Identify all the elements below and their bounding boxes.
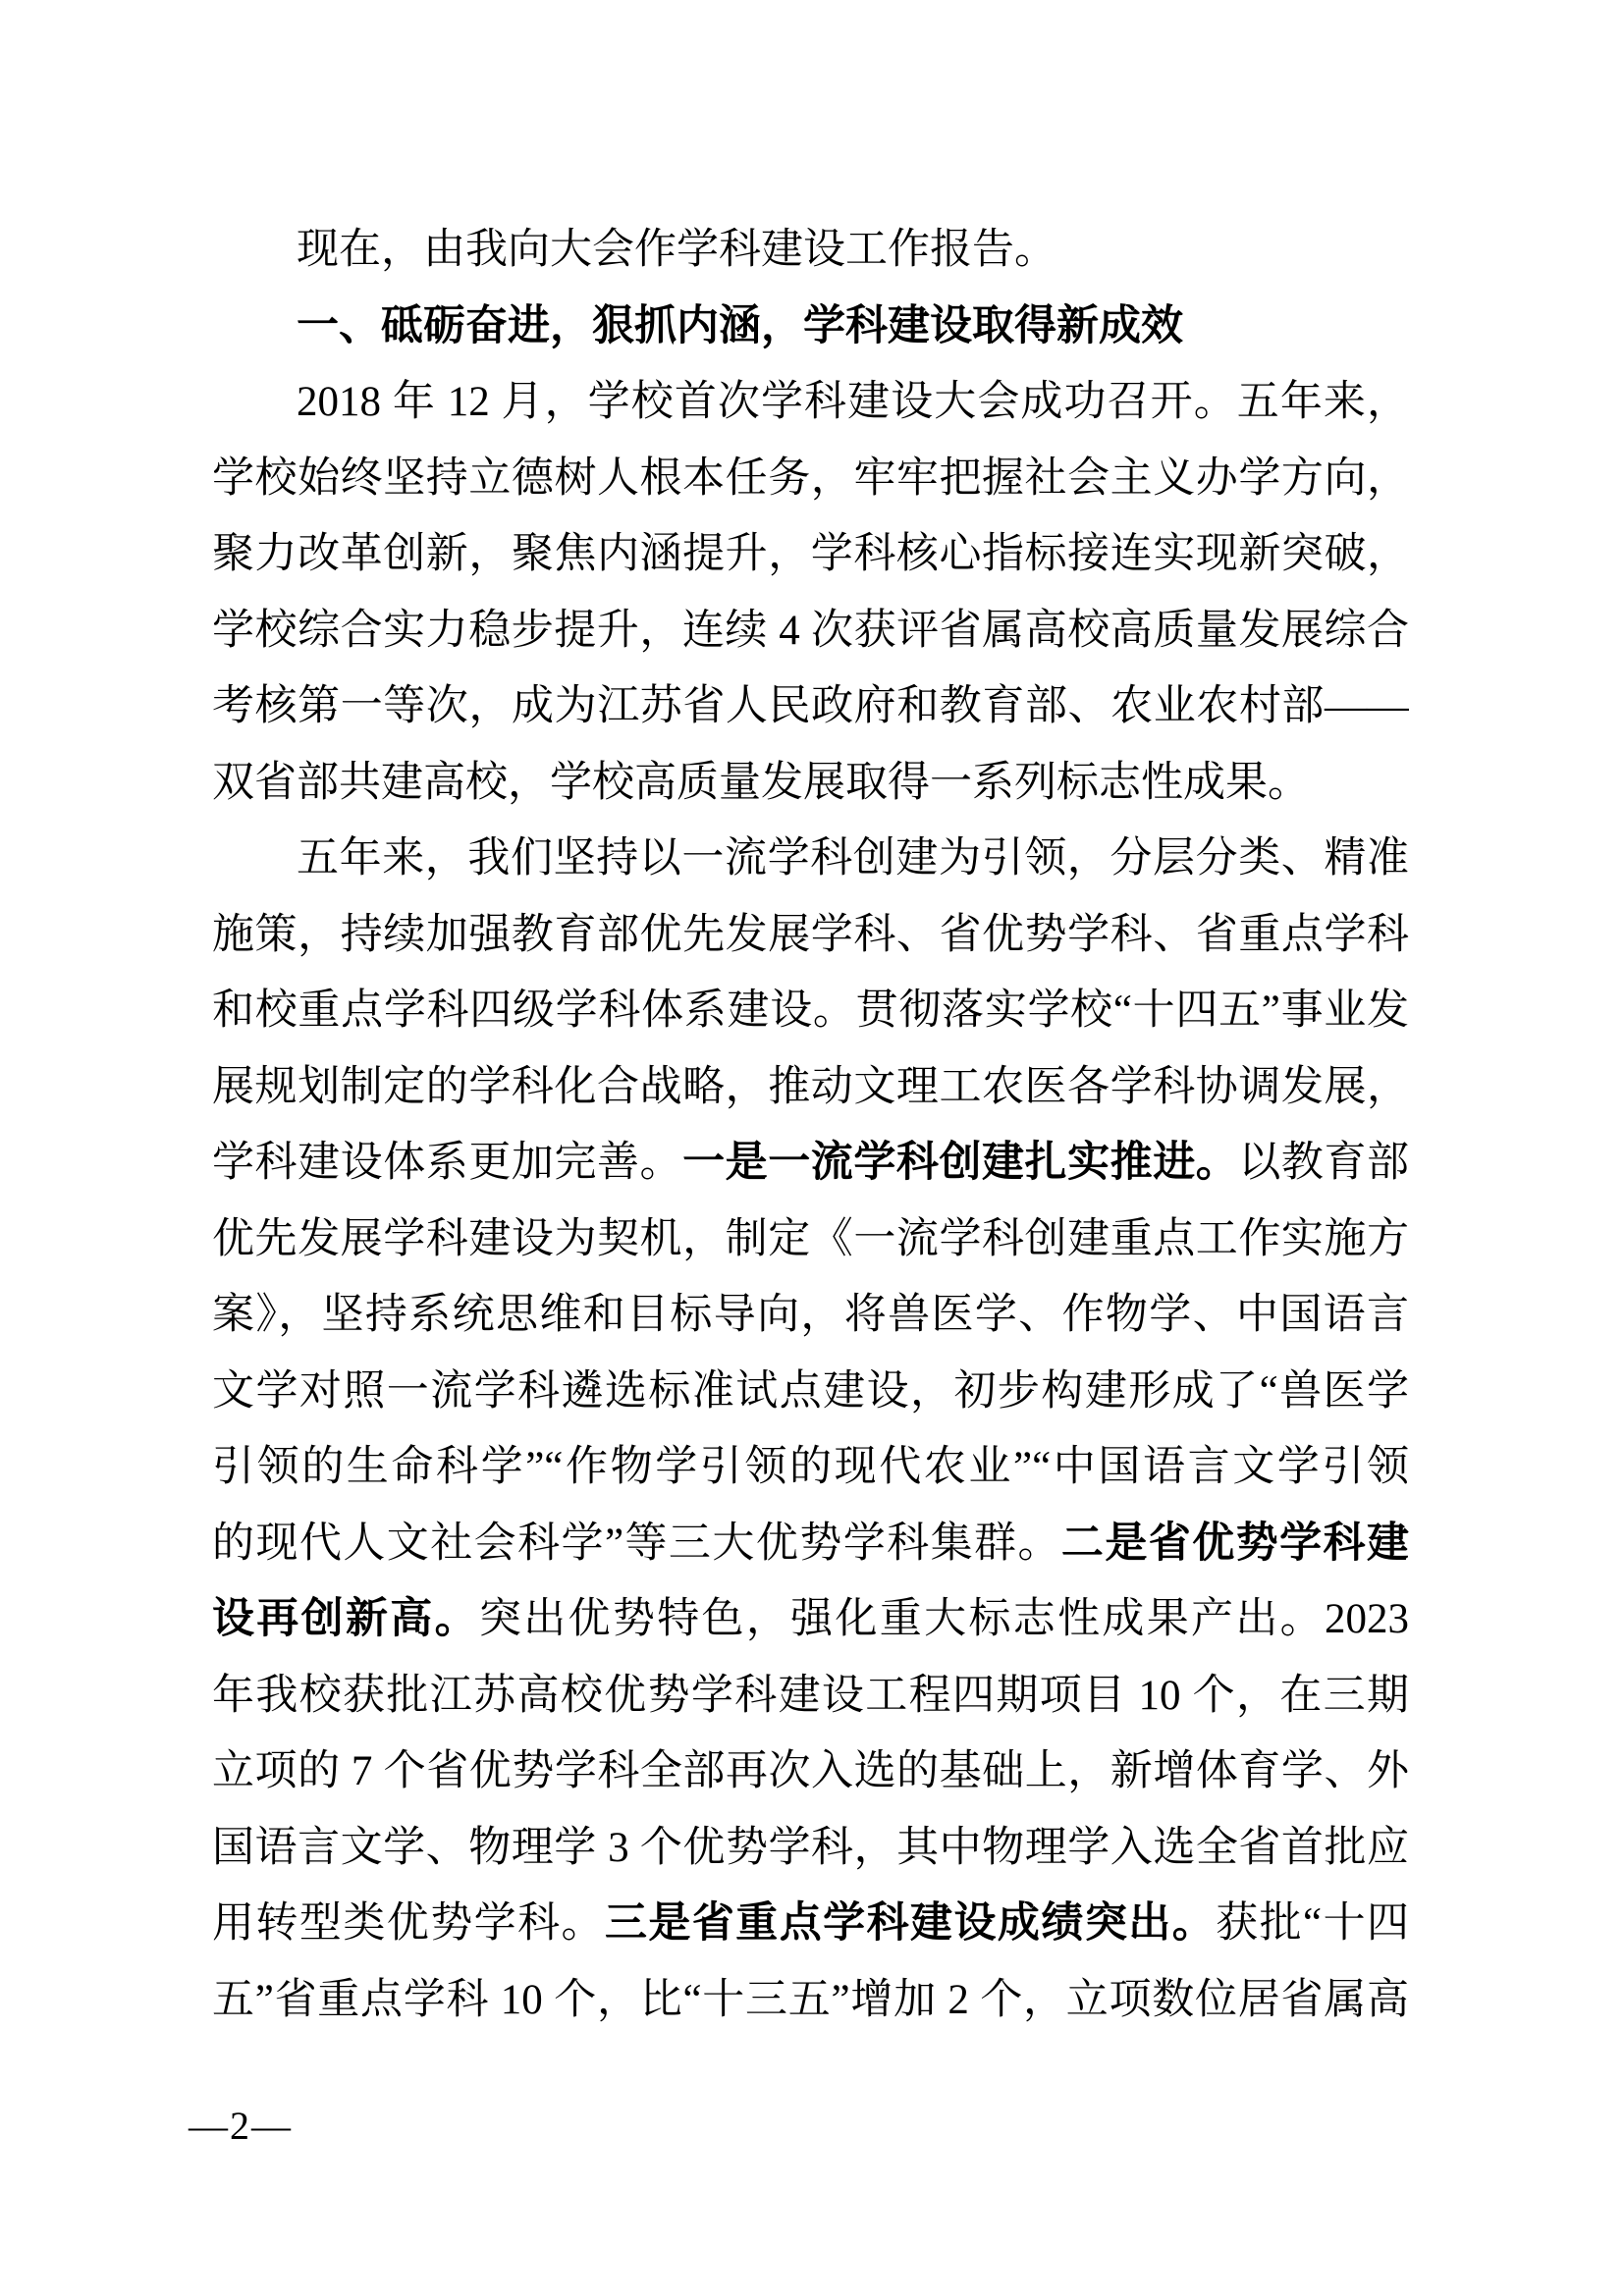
- body-text-run: 学科建设体系更加完善。: [212, 1140, 682, 1186]
- body-text-run: 五”省重点学科 10 个，比“十三五”增加 2 个，立项数位居省属高: [212, 1977, 1409, 2023]
- text-line: 和校重点学科四级学科体系建设。贯彻落实学校“十四五”事业发: [212, 973, 1409, 1049]
- body-text-run: 考核第一等次，成为江苏省人民政府和教育部、农业农村部——: [212, 683, 1409, 729]
- text-line: 引领的生命科学”“作物学引领的现代农业”“中国语言文学引领: [212, 1429, 1409, 1506]
- body-text-run: 聚力改革创新，聚焦内涵提升，学科核心指标接连实现新突破，: [212, 531, 1409, 577]
- text-line: 现在，由我向大会作学科建设工作报告。: [212, 212, 1409, 289]
- body-text-run: 2018 年 12 月，学校首次学科建设大会成功召开。五年来，: [297, 379, 1409, 425]
- body-text-run: 以教育部: [1238, 1140, 1409, 1186]
- body-text-run: 双省部共建高校，学校高质量发展取得一系列标志性成果。: [212, 760, 1310, 806]
- body-text-run: 优先发展学科建设为契机，制定《一流学科创建重点工作实施方: [212, 1216, 1409, 1262]
- body-text-run: 引领的生命科学”“作物学引领的现代农业”“中国语言文学引领: [212, 1444, 1409, 1490]
- page-number: —2—: [189, 2103, 293, 2150]
- document-page: 现在，由我向大会作学科建设工作报告。一、砥砺奋进，狠抓内涵，学科建设取得新成效2…: [0, 0, 1624, 2296]
- body-text-run: 用转型类优势学科。: [212, 1900, 605, 1947]
- bold-text-run: 一是一流学科创建扎实推进。: [682, 1139, 1238, 1186]
- body-text-run: 立项的 7 个省优势学科全部再次入选的基础上，新增体育学、外: [212, 1748, 1409, 1794]
- body-text-run: 和校重点学科四级学科体系建设。贯彻落实学校“十四五”事业发: [212, 988, 1409, 1034]
- body-text-run: 突出优势特色，强化重大标志性成果产出。2023: [479, 1596, 1409, 1642]
- text-line: 施策，持续加强教育部优先发展学科、省优势学科、省重点学科: [212, 897, 1409, 974]
- text-line: 学校综合实力稳步提升，连续 4 次获评省属高校高质量发展综合: [212, 593, 1409, 669]
- body-text-run: 文学对照一流学科遴选标准试点建设，初步构建形成了“兽医学: [212, 1368, 1409, 1415]
- text-line: 学科建设体系更加完善。一是一流学科创建扎实推进。以教育部: [212, 1125, 1409, 1201]
- document-body: 现在，由我向大会作学科建设工作报告。一、砥砺奋进，狠抓内涵，学科建设取得新成效2…: [212, 212, 1409, 2038]
- text-line: 展规划制定的学科化合战略，推动文理工农医各学科协调发展，: [212, 1049, 1409, 1126]
- text-line: 双省部共建高校，学校高质量发展取得一系列标志性成果。: [212, 745, 1409, 822]
- text-line: 五年来，我们坚持以一流学科创建为引领，分层分类、精准: [212, 821, 1409, 897]
- text-line: 的现代人文社会科学”等三大优势学科集群。二是省优势学科建: [212, 1506, 1409, 1582]
- bold-text-run: 设再创新高。: [212, 1595, 479, 1642]
- bold-text-run: 三是省重点学科建设成绩突出。: [605, 1899, 1216, 1947]
- text-line: 国语言文学、物理学 3 个优势学科，其中物理学入选全省首批应: [212, 1810, 1409, 1887]
- text-line: 优先发展学科建设为契机，制定《一流学科创建重点工作实施方: [212, 1201, 1409, 1278]
- text-line: 设再创新高。突出优势特色，强化重大标志性成果产出。2023: [212, 1581, 1409, 1658]
- body-text-run: 案》，坚持系统思维和目标导向，将兽医学、作物学、中国语言: [212, 1292, 1409, 1338]
- bold-text-run: 一、砥砺奋进，狠抓内涵，学科建设取得新成效: [297, 302, 1183, 349]
- bold-text-run: 二是省优势学科建: [1061, 1520, 1409, 1567]
- text-line: 聚力改革创新，聚焦内涵提升，学科核心指标接连实现新突破，: [212, 516, 1409, 593]
- body-text-run: 展规划制定的学科化合战略，推动文理工农医各学科协调发展，: [212, 1064, 1409, 1110]
- section-heading: 一、砥砺奋进，狠抓内涵，学科建设取得新成效: [212, 289, 1409, 365]
- text-line: 案》，坚持系统思维和目标导向，将兽医学、作物学、中国语言: [212, 1277, 1409, 1354]
- text-line: 用转型类优势学科。三是省重点学科建设成绩突出。获批“十四: [212, 1886, 1409, 1962]
- body-text-run: 年我校获批江苏高校优势学科建设工程四期项目 10 个，在三期: [212, 1673, 1409, 1719]
- text-line: 文学对照一流学科遴选标准试点建设，初步构建形成了“兽医学: [212, 1354, 1409, 1430]
- text-line: 2018 年 12 月，学校首次学科建设大会成功召开。五年来，: [212, 364, 1409, 441]
- text-line: 年我校获批江苏高校优势学科建设工程四期项目 10 个，在三期: [212, 1658, 1409, 1735]
- text-line: 学校始终坚持立德树人根本任务，牢牢把握社会主义办学方向，: [212, 441, 1409, 517]
- body-text-run: 现在，由我向大会作学科建设工作报告。: [297, 227, 1056, 273]
- text-line: 立项的 7 个省优势学科全部再次入选的基础上，新增体育学、外: [212, 1734, 1409, 1810]
- body-text-run: 的现代人文社会科学”等三大优势学科集群。: [212, 1521, 1061, 1567]
- body-text-run: 施策，持续加强教育部优先发展学科、省优势学科、省重点学科: [212, 912, 1409, 958]
- text-line: 五”省重点学科 10 个，比“十三五”增加 2 个，立项数位居省属高: [212, 1962, 1409, 2039]
- body-text-run: 学校始终坚持立德树人根本任务，牢牢把握社会主义办学方向，: [212, 455, 1409, 502]
- body-text-run: 获批“十四: [1216, 1900, 1409, 1947]
- body-text-run: 学校综合实力稳步提升，连续 4 次获评省属高校高质量发展综合: [212, 608, 1409, 654]
- text-line: 考核第一等次，成为江苏省人民政府和教育部、农业农村部——: [212, 668, 1409, 745]
- body-text-run: 国语言文学、物理学 3 个优势学科，其中物理学入选全省首批应: [212, 1825, 1409, 1871]
- body-text-run: 五年来，我们坚持以一流学科创建为引领，分层分类、精准: [297, 835, 1409, 881]
